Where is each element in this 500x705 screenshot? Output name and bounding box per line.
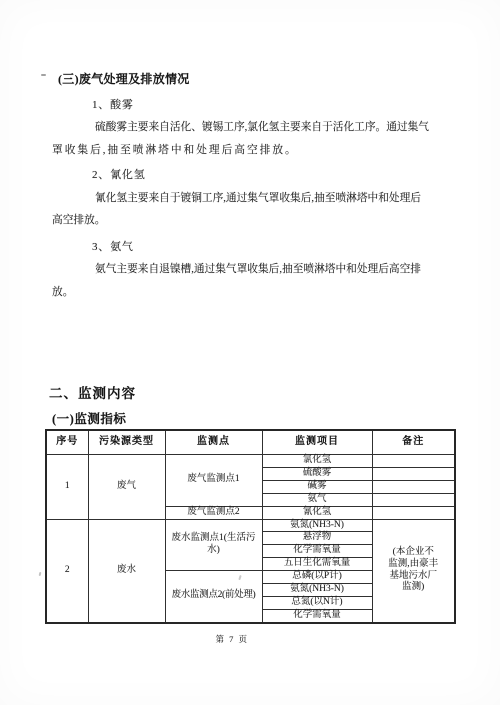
cell-remark-note: (本企业不 监测,由豪丰 基地污水厂 监测) — [372, 519, 455, 623]
cell-item: 化学需氧量 — [262, 609, 372, 622]
col-header-monitor-item: 监测项目 — [262, 430, 372, 454]
cell-item: 氰化氢 — [262, 506, 372, 519]
paragraph-line: 放。 — [52, 284, 73, 299]
section-heading-waste-gas-treatment: (三)废气处理及排放情况 — [58, 70, 190, 87]
cell-remark-empty — [372, 493, 455, 506]
list-item-label-acid-mist: 1、酸雾 — [92, 96, 134, 112]
cell-item: 五日生化需氧量 — [262, 558, 372, 571]
paragraph-line: 高空排放。 — [52, 212, 105, 227]
cell-item: 氨氮(NH3-N) — [262, 519, 372, 532]
cell-item: 硫酸雾 — [262, 467, 372, 480]
cell-serial-2: 2 — [46, 519, 88, 623]
cell-item: 氨气 — [262, 493, 372, 506]
cell-source-waste-water: 废水 — [88, 519, 165, 623]
cell-serial-1: 1 — [46, 454, 88, 519]
cell-item: 总氮(以N计) — [262, 596, 372, 609]
cell-remark-empty — [372, 506, 455, 519]
paragraph-line: 罩收集后,抽至喷淋塔中和处理后高空排放。 — [52, 142, 298, 157]
monitoring-indicators-table: 序号 污染源类型 监测点 监测项目 备注 1 废气 废气监测点1 氯化氢 硫酸雾… — [45, 429, 456, 624]
paragraph-line: 硫酸雾主要来自活化、镀锡工序,氯化氢主要来自于活化工序。通过集气 — [95, 119, 429, 134]
cell-point-gas-2: 废气监测点2 — [165, 506, 262, 519]
cell-point-water-1: 废水监测点1(生活污 水) — [165, 519, 262, 571]
paragraph-line: 氨气主要来自退镍槽,通过集气罩收集后,抽至喷淋塔中和处理后高空排 — [95, 261, 421, 276]
cell-item: 氨氮(NH3-N) — [262, 583, 372, 596]
page-number: 第 7 页 — [0, 633, 464, 645]
cell-remark-empty — [372, 480, 455, 493]
list-item-label-ammonia: 3、氨气 — [92, 238, 134, 254]
col-header-monitor-point: 监测点 — [165, 430, 262, 454]
scan-artifact — [39, 572, 42, 576]
cell-item: 总磷(以P计) — [262, 571, 372, 584]
subsection-heading-monitoring-indicators: (一)监测指标 — [52, 409, 126, 427]
document-page: (三)废气处理及排放情况 1、酸雾 硫酸雾主要来自活化、镀锡工序,氯化氢主要来自… — [0, 0, 500, 705]
col-header-serial-no: 序号 — [46, 430, 88, 454]
cell-item: 化学需氧量 — [262, 545, 372, 558]
cell-point-water-2: 废水监测点2(前处理) — [165, 571, 262, 623]
cell-item: 氯化氢 — [262, 454, 372, 467]
cell-remark-empty — [372, 454, 455, 467]
paragraph-line: 氰化氢主要来自于镀铜工序,通过集气罩收集后,抽至喷淋塔中和处理后 — [95, 190, 421, 205]
list-item-label-hydrogen-cyanide: 2、氰化氢 — [92, 166, 146, 182]
section-heading-monitoring-content: 二、监测内容 — [49, 382, 136, 402]
cell-item: 碱雾 — [262, 480, 372, 493]
col-header-source-type: 污染源类型 — [88, 430, 165, 454]
col-header-remark: 备注 — [372, 430, 455, 454]
cell-remark-empty — [372, 467, 455, 480]
scan-artifact — [41, 74, 46, 76]
cell-point-gas-1: 废气监测点1 — [165, 454, 262, 506]
cell-source-waste-gas: 废气 — [88, 454, 165, 519]
cell-item: 悬浮物 — [262, 532, 372, 545]
